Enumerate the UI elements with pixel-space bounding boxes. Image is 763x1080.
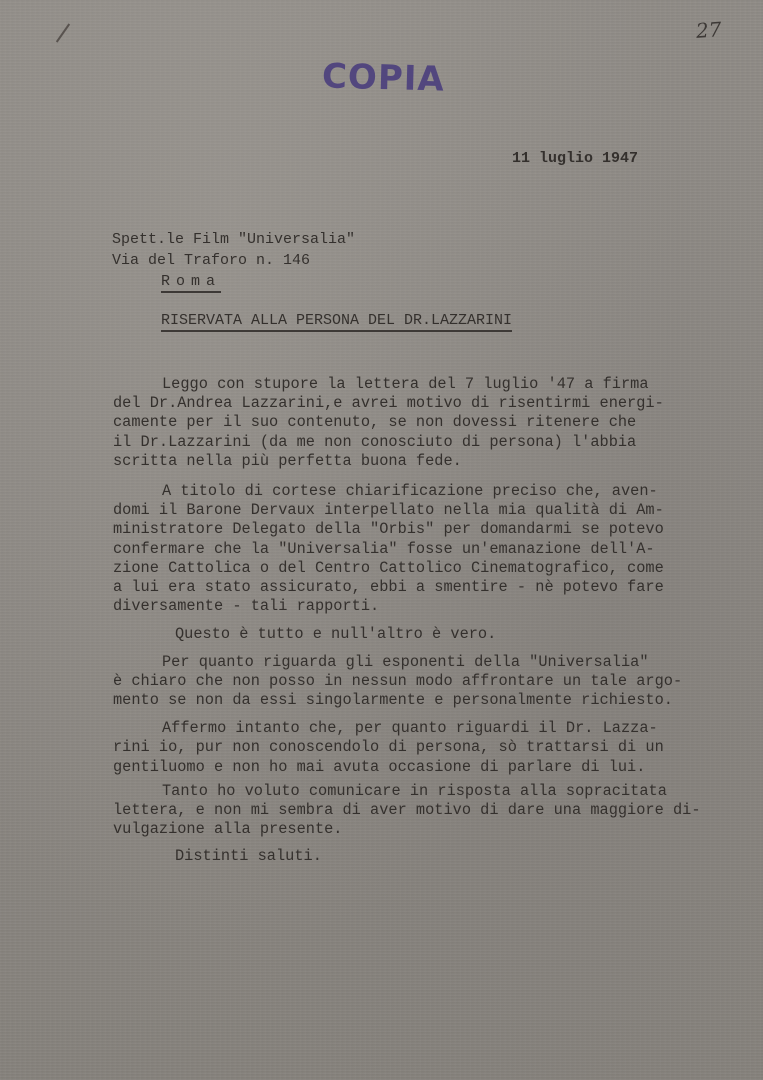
text-line: è chiaro che non posso in nessun modo af… [113,672,753,691]
letter-body: Leggo con stupore la lettera del 7 lugli… [113,375,753,867]
recipient-address: Spett.le Film "Universalia" Via del Traf… [112,229,355,293]
text-line: zione Cattolica o del Centro Cattolico C… [113,559,753,578]
paragraph-4: Per quanto riguarda gli esponenti della … [113,653,753,711]
text-line: scritta nella più perfetta buona fede. [113,452,753,471]
text-line: Leggo con stupore la lettera del 7 lugli… [113,375,753,394]
text-line: lettera, e non mi sembra di aver motivo … [113,801,753,820]
paragraph-5: Affermo intanto che, per quanto riguardi… [113,719,753,777]
text-line: Questo è tutto e null'altro è vero. [175,625,753,644]
closing-salutation: Distinti saluti. [113,847,753,866]
text-line: camente per il suo contenuto, se non dov… [113,413,753,432]
recipient-city: Roma [161,272,221,293]
text-line: Per quanto riguarda gli esponenti della … [113,653,753,672]
recipient-name: Spett.le Film "Universalia" [112,229,355,250]
text-line: del Dr.Andrea Lazzarini,e avrei motivo d… [113,394,753,413]
letter-date: 11 luglio 1947 [512,150,638,167]
handwritten-folio-number: 27 [695,17,722,43]
text-line: Distinti saluti. [175,847,753,866]
text-line: il Dr.Lazzarini (da me non conosciuto di… [113,433,753,452]
text-line: Tanto ho voluto comunicare in risposta a… [113,782,753,801]
pencil-tick-mark [56,23,70,42]
text-line: ministratore Delegato della "Orbis" per … [113,520,753,539]
text-line: rini io, pur non conoscendolo di persona… [113,738,753,757]
text-line: gentiluomo e non ho mai avuta occasione … [113,758,753,777]
text-line: mento se non da essi singolarmente e per… [113,691,753,710]
paragraph-1: Leggo con stupore la lettera del 7 lugli… [113,375,753,471]
text-line: confermare che la "Universalia" fosse un… [113,540,753,559]
text-line: vulgazione alla presente. [113,820,753,839]
text-line: Affermo intanto che, per quanto riguardi… [113,719,753,738]
text-line: diversamente - tali rapporti. [113,597,753,616]
paragraph-6: Tanto ho voluto comunicare in risposta a… [113,782,753,840]
text-line: domi il Barone Dervaux interpellato nell… [113,501,753,520]
text-line: A titolo di cortese chiarificazione prec… [113,482,753,501]
paragraph-3: Questo è tutto e null'altro è vero. [113,625,753,644]
recipient-street: Via del Traforo n. 146 [112,250,355,271]
reserved-notice: RISERVATA ALLA PERSONA DEL DR.LAZZARINI [161,312,512,332]
copy-stamp: COPIA [321,56,445,99]
text-line: a lui era stato assicurato, ebbi a sment… [113,578,753,597]
document-page: 27 COPIA 11 luglio 1947 Spett.le Film "U… [0,0,763,1080]
paragraph-2: A titolo di cortese chiarificazione prec… [113,482,753,616]
